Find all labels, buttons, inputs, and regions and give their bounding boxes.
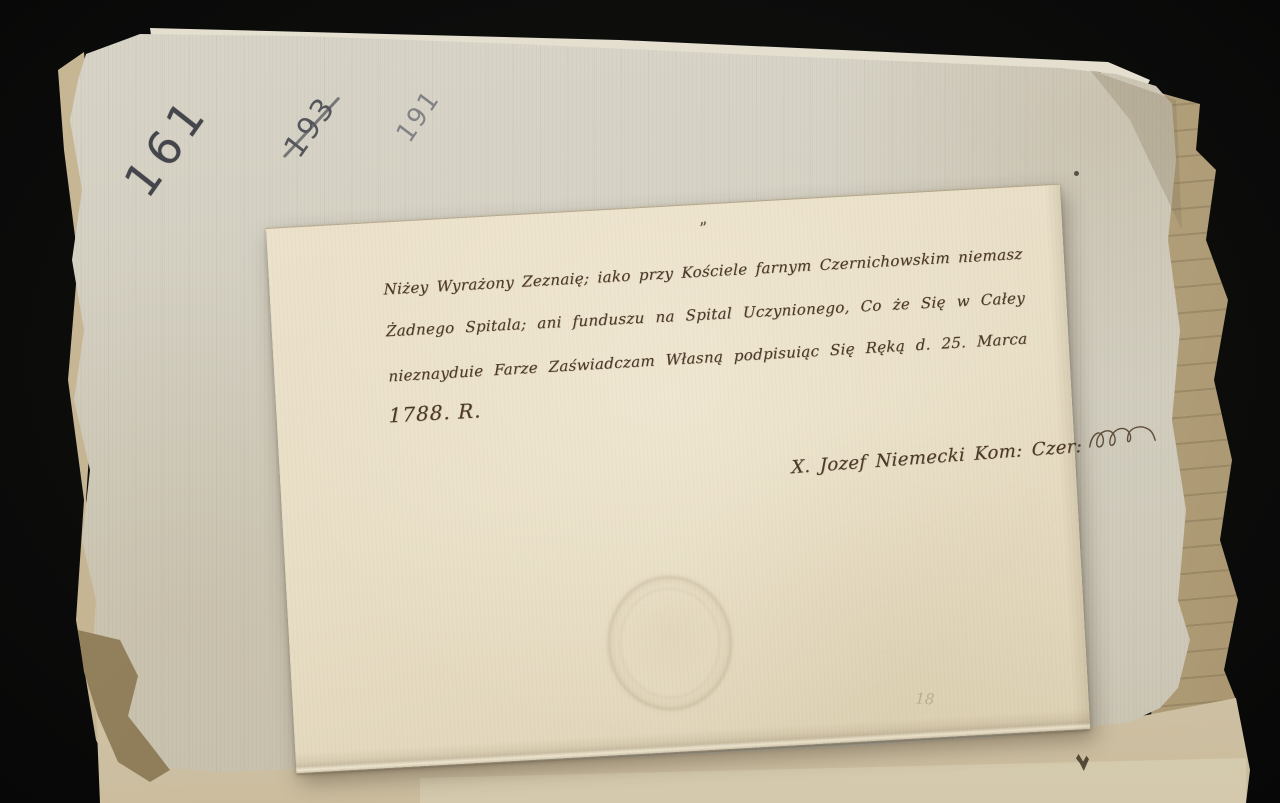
ink-fleck [1074,171,1079,176]
document-sheet: „ Niżey Wyrażony Zeznaię; iako przy Kośc… [266,184,1090,774]
signature-flourish [1085,419,1159,456]
ditto-mark: „ [696,208,708,228]
embossed-seal [604,573,735,714]
manuscript-line-1: Niżey Wyrażony Zeznaię; iako przy Koście… [384,245,1023,299]
faint-ink-smudge: 18 [915,689,935,708]
signature-text: X. Jozef Niemecki Kom: Czer: [791,436,1082,478]
archival-photo-stage: 161 193 191 159 182 190 „ Niżey Wyrażony… [0,0,1280,803]
manuscript-year-line: 1788. R. [389,398,482,427]
embossed-seal-inner-ring [617,585,723,700]
manuscript-line-2: Żadnego Spitala; ani funduszu na Spital … [386,289,1025,341]
manuscript-line-3: nieznayduie Farze Zaświadczam Własną pod… [388,330,1027,386]
